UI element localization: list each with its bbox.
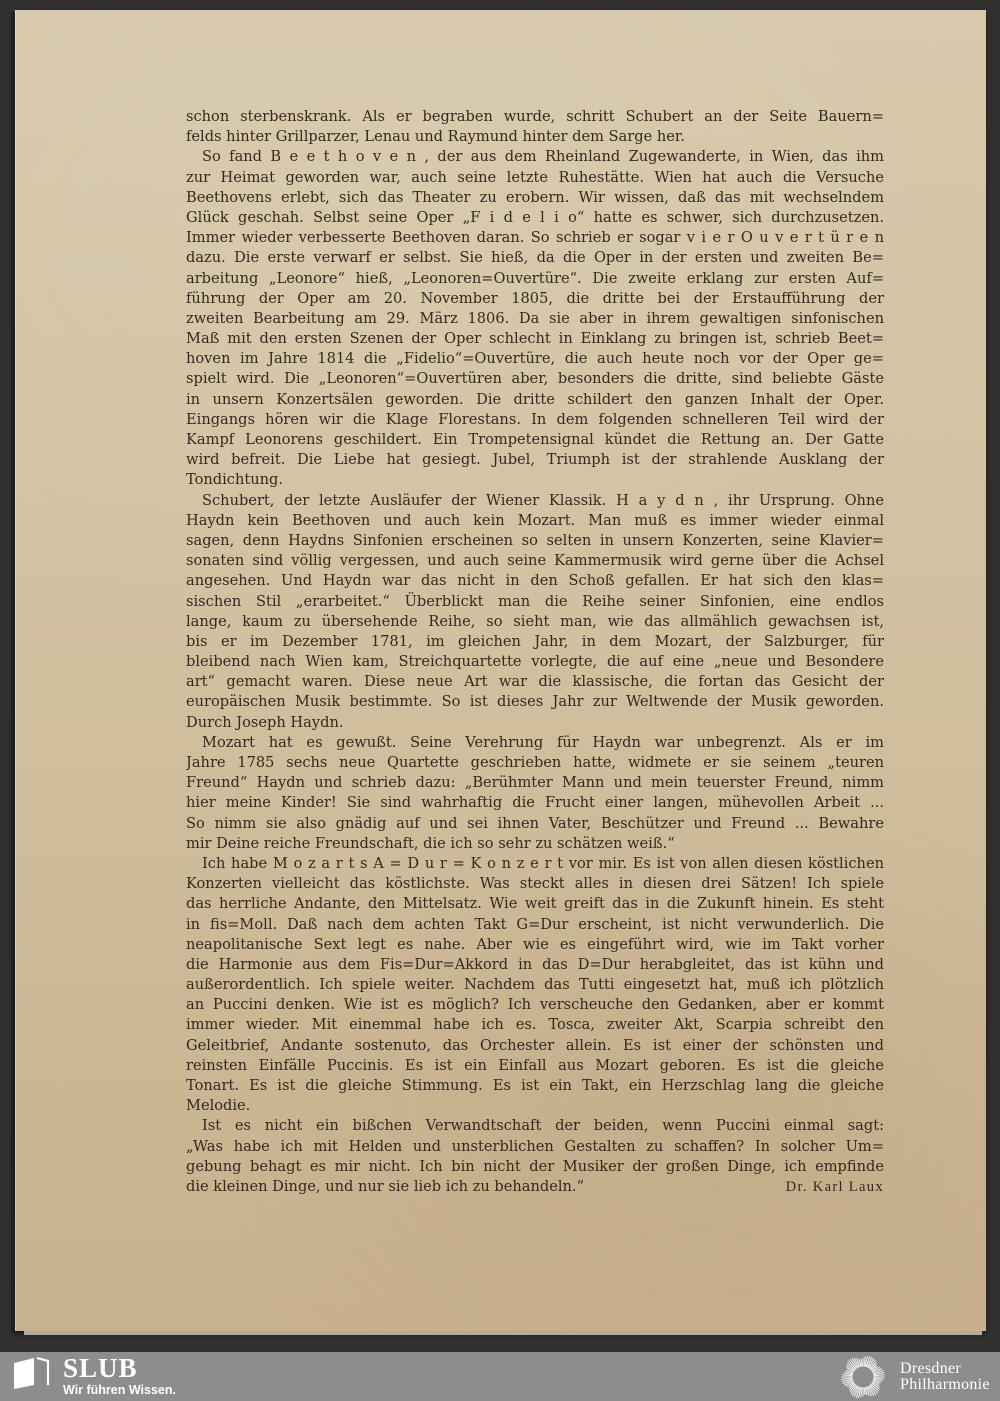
text-line: Melodie. xyxy=(186,1096,884,1116)
text-line: Kampf Leonorens geschildert. Ein Trompet… xyxy=(186,430,884,450)
text-line: bleibend nach Wien kam, Streichquartette… xyxy=(186,652,884,672)
text-line: die Harmonie aus dem Fis=Dur=Akkord in d… xyxy=(186,955,884,975)
text-line: Ist es nicht ein bißchen Verwandtschaft … xyxy=(186,1116,884,1136)
sunburst-icon xyxy=(839,1353,887,1401)
text-line: die kleinen Dinge, und nur sie lieb ich … xyxy=(186,1177,884,1197)
text-line: Konzerten vielleicht das köstlichste. Wa… xyxy=(186,874,884,894)
text-line: das herrliche Andante, den Mittelsatz. W… xyxy=(186,894,884,914)
slub-tagline: Wir führen Wissen. xyxy=(63,1383,176,1397)
text-line: hoven im Jahre 1814 die „Fidelio“=Ouvert… xyxy=(186,349,884,369)
text-line: führung der Oper am 20. November 1805, d… xyxy=(186,289,884,309)
text-line: zur Heimat geworden war, auch seine letz… xyxy=(186,168,884,188)
text-line: europäischen Musik bestimmte. So ist die… xyxy=(186,692,884,712)
page-bottom-edge xyxy=(24,1331,982,1335)
text-line: bis er im Dezember 1781, im gleichen Jah… xyxy=(186,632,884,652)
text-line: So nimm sie also gnädig auf und sei ihne… xyxy=(186,814,884,834)
open-book-icon xyxy=(13,1355,50,1390)
text-line: Glück geschah. Selbst seine Oper „F i d … xyxy=(186,208,884,228)
text-line: gebung behagt es mir nicht. Ich bin nich… xyxy=(186,1157,884,1177)
text-line: zweiten Bearbeitung am 29. März 1806. Da… xyxy=(186,309,884,329)
text-line: an Puccini denken. Wie ist es möglich? I… xyxy=(186,995,884,1015)
text-line: reinsten Einfälle Puccinis. Es ist ein E… xyxy=(186,1056,884,1076)
text-line: dazu. Die erste verwarf er selbst. Sie h… xyxy=(186,248,884,268)
text-line: neapolitanische Sext legt es nahe. Aber … xyxy=(186,935,884,955)
text-line: art“ gemacht waren. Diese neue Art war d… xyxy=(186,672,884,692)
text-line: Durch Joseph Haydn. xyxy=(186,713,884,733)
text-line: sagen, denn Haydns Sinfonien erscheinen … xyxy=(186,531,884,551)
text-line-fragment: die kleinen Dinge, und nur sie lieb ich … xyxy=(186,1177,584,1197)
slub-text-block: SLUB Wir führen Wissen. xyxy=(63,1355,176,1397)
slub-wordmark: SLUB xyxy=(63,1355,176,1381)
text-line: Ich habe M o z a r t s A = D u r = K o n… xyxy=(186,854,884,874)
text-line: Tonart. Es ist die gleiche Stimmung. Es … xyxy=(186,1076,884,1096)
text-line: in fis=Moll. Daß nach dem achten Takt G=… xyxy=(186,915,884,935)
text-line: in unsern Konzertsälen geworden. Die dri… xyxy=(186,390,884,410)
scan-background: { "document": { "lines": [ {"text": "sch… xyxy=(0,0,1000,1401)
text-line: lange, kaum zu übersehende Reihe, so sie… xyxy=(186,612,884,632)
text-line: Jahre 1785 sechs neue Quartette geschrie… xyxy=(186,753,884,773)
philharmonie-wordmark: Dresdner Philharmonie xyxy=(900,1361,990,1393)
philharmonie-wordmark-line2: Philharmonie xyxy=(900,1377,990,1393)
text-line: Mozart hat es gewußt. Seine Verehrung fü… xyxy=(186,733,884,753)
footer-bar: SLUB Wir führen Wissen. Dresdner Philhar… xyxy=(0,1352,1000,1401)
text-line: außerordentlich. Ich spiele weiter. Nach… xyxy=(186,975,884,995)
text-line: felds hinter Grillparzer, Lenau und Raym… xyxy=(186,127,884,147)
text-line: arbeitung „Leonore“ hieß, „Leonoren=Ouve… xyxy=(186,269,884,289)
author-signature: Dr. Karl Laux xyxy=(768,1177,884,1197)
text-column: schon sterbenskrank. Als er begraben wur… xyxy=(186,107,884,1197)
text-line: Tondichtung. xyxy=(186,470,884,490)
text-line: sischen Stil „erarbeitet.“ Überblickt ma… xyxy=(186,592,884,612)
text-line: angesehen. Und Haydn war das nicht in de… xyxy=(186,571,884,591)
philharmonie-wordmark-line1: Dresdner xyxy=(900,1361,990,1377)
text-line: Schubert, der letzte Ausläufer der Wiene… xyxy=(186,491,884,511)
text-line: Freund“ Haydn und schrieb dazu: „Berühmt… xyxy=(186,773,884,793)
text-line: Haydn kein Beethoven und auch kein Mozar… xyxy=(186,511,884,531)
text-line: „Was habe ich mit Helden und unsterblich… xyxy=(186,1137,884,1157)
text-line: mir Deine reiche Freundschaft, die ich s… xyxy=(186,834,884,854)
text-line: Geleitbrief, Andante sostenuto, das Orch… xyxy=(186,1036,884,1056)
text-line: schon sterbenskrank. Als er begraben wur… xyxy=(186,107,884,127)
slub-logo: SLUB Wir führen Wissen. xyxy=(13,1355,176,1397)
text-line: hier meine Kinder! Sie sind wahrhaftig d… xyxy=(186,793,884,813)
text-line: immer wieder. Mit einemmal habe ich es. … xyxy=(186,1015,884,1035)
text-line: spielt wird. Die „Leonoren“=Ouvertüren a… xyxy=(186,369,884,389)
text-line: Beethovens erlebt, sich das Theater zu e… xyxy=(186,188,884,208)
philharmonie-logo: Dresdner Philharmonie xyxy=(839,1353,990,1401)
text-line: Eingangs hören wir die Klage Florestans.… xyxy=(186,410,884,430)
text-line: wird befreit. Die Liebe hat gesiegt. Jub… xyxy=(186,450,884,470)
text-line: Immer wieder verbesserte Beethoven daran… xyxy=(186,228,884,248)
text-line: So fand B e e t h o v e n , der aus dem … xyxy=(186,147,884,167)
text-line: sonaten sind völlig vergessen, und auch … xyxy=(186,551,884,571)
text-line: Maß mit den ersten Szenen der Oper schle… xyxy=(186,329,884,349)
